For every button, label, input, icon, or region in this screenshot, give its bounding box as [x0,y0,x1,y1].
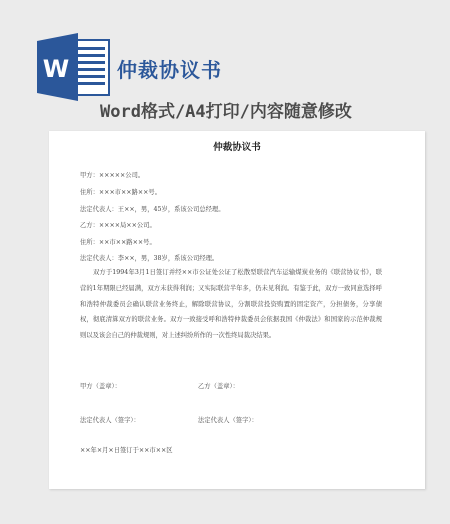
date-place: ××年×月×日签订于××市××区 [80,445,173,454]
banner: W 仲裁协议书 Word格式/A4打印/内容随意修改 [0,0,450,128]
party-b-address: 住所：××市××路××号。 [80,237,156,246]
agreement-body: 双方于1994年3月1日签订并经××市公证处公证了松散型联营汽车运输煤炭业务的《… [80,265,382,344]
document-page: 仲裁协议书 甲方：×××××公司。 住所：×××市××路××号。 法定代表人：王… [49,131,425,489]
party-a-name: 甲方：×××××公司。 [80,170,144,179]
word-icon: W [37,33,111,101]
party-a-seal: 甲方（盖章）： [80,381,121,390]
party-b-name: 乙方：××××局××公司。 [80,220,156,229]
svg-text:W: W [43,55,69,83]
party-a-address: 住所：×××市××路××号。 [80,187,161,196]
banner-title: 仲裁协议书 [117,54,222,83]
banner-subtitle: Word格式/A4打印/内容随意修改 [100,97,352,122]
document-title: 仲裁协议书 [49,139,425,153]
party-b-seal: 乙方（盖章）： [198,381,239,390]
party-b-rep: 法定代表人：李××，男，38岁，系该公司经理。 [80,253,218,262]
party-b-rep-sign: 法定代表人（签字）： [198,415,258,424]
party-a-rep-sign: 法定代表人（签字）： [80,415,140,424]
party-a-rep: 法定代表人：王××，男，45岁，系该公司总经理。 [80,204,225,213]
